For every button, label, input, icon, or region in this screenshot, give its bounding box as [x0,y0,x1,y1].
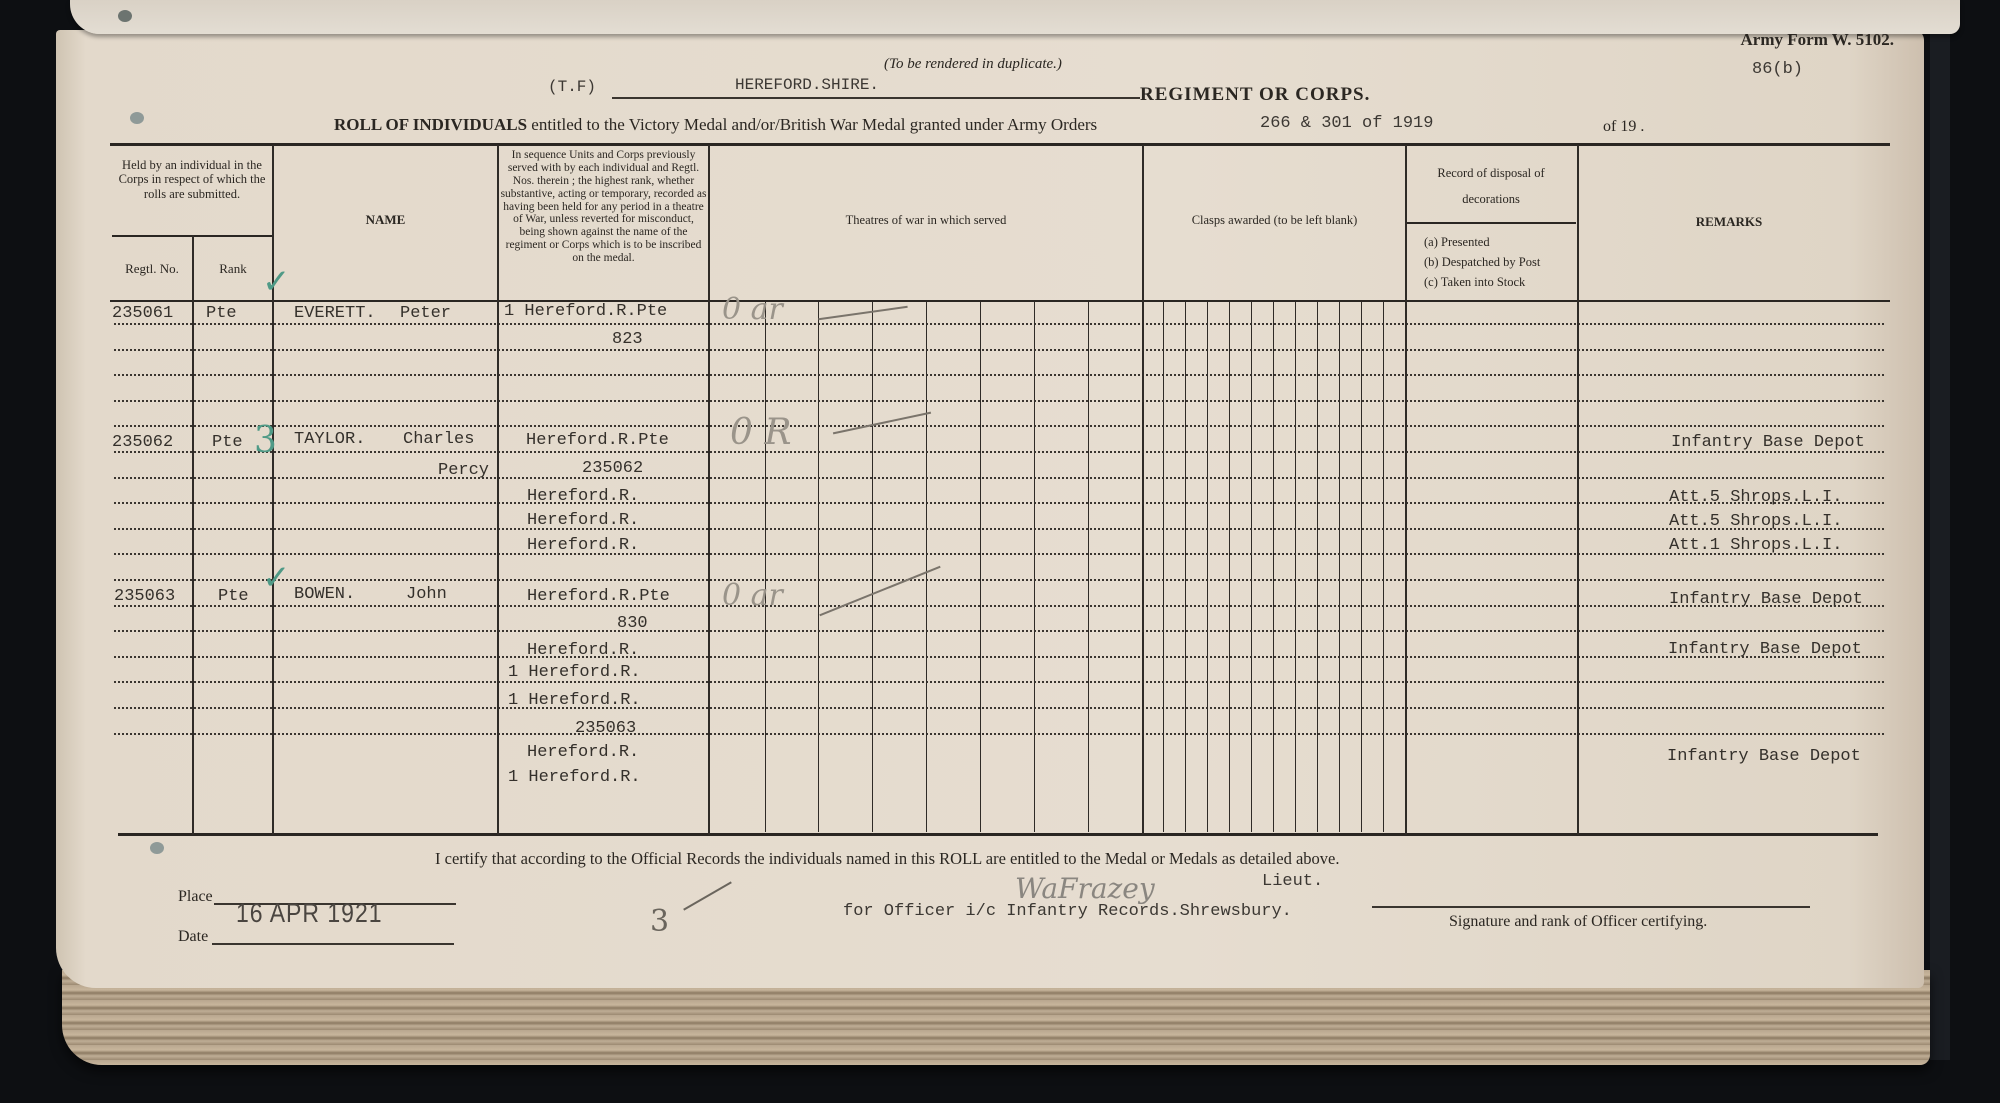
header-disposal-options: (a) Presented (b) Despatched by Post (c)… [1424,232,1540,292]
subcolumn-rule [980,302,981,832]
unit-line: 1 Hereford.R. [508,768,641,787]
col-rule [497,145,499,835]
officer-rank: Lieut. [1262,872,1323,891]
rank: Pte [218,587,249,606]
dotted-row-line [114,400,1884,402]
rank: Pte [206,304,237,323]
subcolumn-rule [1229,302,1230,832]
date-label: Date [178,928,208,946]
punch-hole [150,842,164,854]
rank: Pte [212,433,243,452]
pencil-annotation: 0 ar [722,292,783,327]
subcolumn-rule [926,302,927,832]
dotted-row-line [114,681,1884,683]
subcolumn-rule [1163,302,1164,832]
regiment-or-corps-label: REGIMENT OR CORPS. [1140,84,1370,106]
roll-title-text: entitled to the Victory Medal and/or/Bri… [531,115,1097,134]
subcolumn-rule [1295,302,1296,832]
subcolumn-rule [1273,302,1274,832]
forename-2: Percy [438,461,489,480]
certification-statement: I certify that according to the Official… [435,849,1339,869]
unit-line: 830 [617,614,648,633]
surname: BOWEN. [294,585,355,604]
dotted-row-line [114,579,1884,581]
check-mark-icon: ✓ [262,262,291,302]
unit-line: Hereford.R. [527,536,639,555]
remark: Att.1 Shrops.L.I. [1669,536,1842,555]
dotted-row-line [114,451,1884,453]
forename: Charles [403,430,474,449]
dotted-row-line [114,502,1884,504]
surname: EVERETT. [294,304,376,323]
dotted-row-line [114,528,1884,530]
dotted-row-line [114,707,1884,709]
header-units: In sequence Units and Corps previously s… [500,149,707,265]
previous-page-edge [70,0,1960,34]
unit-line: 235062 [582,459,643,478]
dotted-row-line [114,477,1884,479]
subcolumn-rule [818,302,819,832]
regtl-no: 235061 [112,304,173,323]
table-top-rule [110,143,1890,146]
green-number-mark: 3 [254,420,277,461]
col-rule [272,145,274,835]
remark: Infantry Base Depot [1669,590,1863,609]
regtl-no: 235063 [114,587,175,606]
officer-signature: WaFrazey [1015,872,1155,905]
col-rule [1142,145,1144,835]
disposal-option-a: (a) Presented [1424,232,1540,252]
header-regtl-no: Regtl. No. [112,262,192,277]
army-orders: 266 & 301 of 1919 [1260,114,1433,133]
subcolumn-rule [1339,302,1340,832]
signature-line [1372,906,1810,908]
disposal-option-b: (b) Despatched by Post [1424,252,1540,272]
forename: Peter [400,304,451,323]
remark: Infantry Base Depot [1671,433,1865,452]
regtl-no: 235062 [112,433,173,452]
punch-hole [118,10,132,22]
header-remarks: REMARKS [1579,215,1879,230]
dotted-row-line [114,733,1884,735]
subcolumn-rule [1034,302,1035,832]
regiment-name: HEREFORD.SHIRE. [735,76,879,94]
dotted-row-line [114,323,1884,325]
subcolumn-rule [1383,302,1384,832]
subcolumn-rule [1207,302,1208,832]
unit-line: 235063 [575,719,636,738]
surname: TAYLOR. [294,430,365,449]
tf-label: (T.F) [548,78,596,96]
unit-line: Hereford.R. [527,487,639,506]
header-rank: Rank [194,262,272,277]
forename: John [406,585,447,604]
remark: Infantry Base Depot [1667,747,1861,766]
dotted-row-line [114,349,1884,351]
of-year: of 19 . [1603,118,1644,136]
col-rule [192,235,194,835]
unit-line: Hereford.R. [527,511,639,530]
punch-hole [130,112,144,124]
col-rule [1405,145,1407,835]
remark: Att.5 Shrops.L.I. [1669,512,1842,531]
unit-line: 823 [612,330,643,349]
col-rule [708,145,710,835]
disposal-divider [1406,222,1576,224]
subcolumn-rule [1317,302,1318,832]
disposal-option-c: (c) Taken into Stock [1424,272,1540,292]
header-theatres: Theatres of war in which served [710,213,1142,227]
subcolumn-rule [765,302,766,832]
subcolumn-rule [1185,302,1186,832]
duplicate-note: (To be rendered in duplicate.) [884,56,1062,73]
header-name: NAME [274,213,497,228]
regiment-underline [612,97,1140,99]
unit-line: 1 Hereford.R. [508,691,641,710]
place-label: Place [178,888,213,906]
check-mark-icon: ✓ [262,558,291,598]
dotted-row-line [114,630,1884,632]
dotted-row-line [114,605,1884,607]
roll-title: ROLL OF INDIVIDUALS entitled to the Vict… [334,115,1097,135]
signature-caption: Signature and rank of Officer certifying… [1449,913,1707,931]
date-line [212,943,454,945]
pencil-annotation: 0 ar [722,578,783,613]
roll-page [56,30,1924,988]
dotted-row-line [114,553,1884,555]
header-disposal: Record of disposal of decorations [1416,160,1566,213]
col-rule [1577,145,1579,835]
date-stamp: 16 APR 1921 [236,898,383,929]
header-held-by: Held by an individual in the Corps in re… [112,158,272,201]
unit-line: Hereford.R.Pte [526,431,669,450]
pencil-folio-mark: 3 [650,904,669,939]
dotted-row-line [114,425,1884,427]
unit-line: Hereford.R. [527,743,639,762]
table-bottom-rule [118,833,1878,836]
pencil-annotation: 0 R [730,412,791,453]
army-form-number: Army Form W. 5102. [1741,30,1894,50]
subcolumn-rule [872,302,873,832]
unit-line: Hereford.R. [527,641,639,660]
dotted-row-line [114,656,1884,658]
subcolumn-rule [1251,302,1252,832]
table-header-rule [110,300,1890,302]
subcolumn-rule [1088,302,1089,832]
dotted-row-line [114,374,1884,376]
remark: Infantry Base Depot [1668,640,1862,659]
unit-line: 1 Hereford.R. [508,663,641,682]
unit-line: Hereford.R.Pte [527,587,670,606]
unit-line: 1 Hereford.R.Pte [504,302,667,321]
remark: Att.5 Shrops.L.I. [1669,488,1842,507]
subcolumn-rule [1361,302,1362,832]
header-clasps: Clasps awarded (to be left blank) [1144,213,1405,227]
folio-number: 86(b) [1752,60,1803,79]
roll-title-bold: ROLL OF INDIVIDUALS [334,115,527,134]
book-binding [1930,20,1950,1060]
